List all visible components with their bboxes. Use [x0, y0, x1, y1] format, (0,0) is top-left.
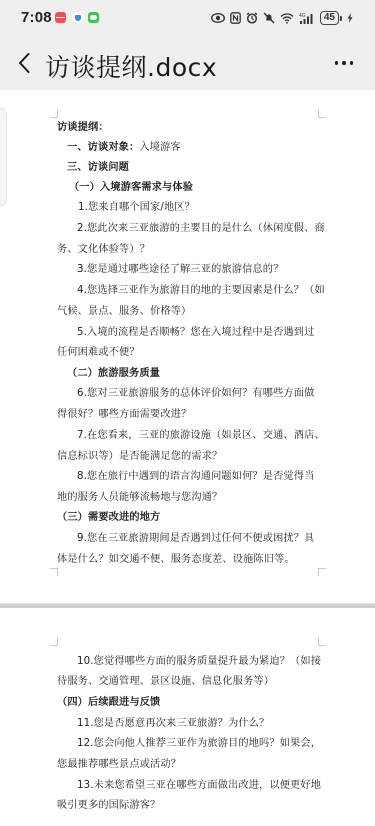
- doc-question-cont: 气候、景点、服务、价格等）: [57, 305, 191, 319]
- doc-question-cont: 务、文化体验等）？: [57, 243, 150, 257]
- status-bar: 7:08 4G 45: [0, 0, 375, 36]
- doc-question: 8.您在旅行中遇到的语言沟通问题如何？是否觉得当: [77, 470, 314, 484]
- doc-line-label: 一、访谈对象：: [67, 142, 139, 153]
- back-button[interactable]: [12, 49, 36, 77]
- doc-question-cont: 吸引更多的国际游客？: [57, 799, 160, 813]
- more-dot-icon: [350, 61, 354, 65]
- charging-icon: [347, 13, 353, 23]
- doc-subsection-heading: （三）需要改进的地方: [57, 511, 160, 525]
- app-notification-icon: [55, 12, 66, 23]
- status-time: 7:08: [21, 9, 52, 26]
- doc-section-heading: 三、访谈问题: [67, 161, 129, 175]
- doc-question-cont: 体是什么？如交通不便、服务态度差、设施陈旧等。: [57, 553, 295, 567]
- page-margin-mark: [50, 638, 58, 646]
- battery-tip: [340, 16, 342, 21]
- doc-question-cont: 得很好？哪些方面需要改进？: [57, 408, 191, 422]
- doc-question: 9.您在三亚旅游期间是否遇到过任何不便或困扰？具: [77, 532, 314, 546]
- doc-subsection-heading: （一）入境游客需求与体验: [69, 181, 193, 195]
- shield-app-icon: [72, 12, 84, 23]
- battery-indicator: 45: [320, 11, 339, 25]
- doc-question-cont: 任何困难或不便？: [57, 346, 140, 360]
- page-margin-mark: [50, 568, 58, 576]
- more-dot-icon: [335, 61, 339, 65]
- doc-question: 12.您会向他人推荐三亚作为旅游目的地吗？如果会，: [77, 737, 321, 751]
- wifi-icon: [280, 12, 294, 24]
- page-margin-mark: [318, 638, 326, 646]
- doc-question-cont: 您最推荐哪些景点或活动？: [57, 758, 181, 772]
- svg-text:4G: 4G: [299, 13, 306, 19]
- more-dot-icon: [342, 61, 346, 65]
- doc-question: 5.入境的流程是否顺畅？您在入境过程中是否遇到过: [77, 326, 314, 340]
- page-margin-mark: [318, 568, 326, 576]
- doc-question: 4.您选择三亚作为旅游目的地的主要因素是什么？（如: [77, 284, 325, 298]
- chevron-left-icon: [17, 52, 31, 74]
- document-page-2: 10.您觉得哪些方面的服务质量提升最为紧迫？（如接 待服务、交通管理、景区设施、…: [0, 608, 375, 826]
- app-header: 访谈提纲.docx: [0, 36, 375, 90]
- mute-icon: [263, 12, 275, 24]
- doc-subsection-heading: （二）旅游服务质量: [67, 367, 160, 381]
- doc-heading: 访谈提纲：: [57, 121, 109, 135]
- doc-question: 10.您觉得哪些方面的服务质量提升最为紧迫？（如接: [77, 655, 321, 669]
- doc-question: 1.您来自哪个国家/地区？: [78, 201, 195, 215]
- 4g-signal-icon: 4G: [299, 12, 315, 25]
- doc-question: 6.您对三亚旅游服务的总体评价如何？有哪些方面做: [77, 387, 314, 401]
- document-title: 访谈提纲.docx: [45, 48, 217, 84]
- wechat-icon: [88, 12, 99, 23]
- doc-question: 2.您此次来三亚旅游的主要目的是什么（休闲度假、商: [77, 222, 325, 236]
- doc-question-cont: 地的服务人员能够流畅地与您沟通？: [57, 491, 222, 505]
- system-icons: 4G 45: [211, 10, 353, 26]
- doc-question: 7.在您看来，三亚的旅游设施（如景区、交通、酒店、: [77, 429, 325, 443]
- doc-question: 11.您是否愿意再次来三亚旅游？为什么？: [77, 717, 269, 731]
- doc-question-cont: 待服务、交通管理、景区设施、信息化服务等）: [57, 675, 274, 689]
- document-page-1: 访谈提纲： 一、访谈对象：入境游客 三、访谈问题 （一）入境游客需求与体验 1.…: [0, 90, 375, 603]
- eye-icon: [211, 12, 225, 24]
- doc-question-cont: 信息标识等）是否能满足您的需求？: [57, 450, 222, 464]
- page-margin-mark: [50, 110, 58, 118]
- more-options-button[interactable]: [329, 51, 359, 75]
- side-drawer-handle[interactable]: [0, 107, 7, 207]
- doc-question: 13.未来您希望三亚在哪些方面做出改进，以便更好地: [77, 779, 321, 793]
- nfc-icon: [230, 12, 241, 24]
- doc-line: 一、访谈对象：入境游客: [67, 141, 181, 155]
- doc-question: 3.您是通过哪些途径了解三亚的旅游信息的？: [77, 263, 283, 277]
- page-margin-mark: [318, 110, 326, 118]
- document-viewer[interactable]: 访谈提纲： 一、访谈对象：入境游客 三、访谈问题 （一）入境游客需求与体验 1.…: [0, 90, 375, 826]
- doc-subsection-heading: （四）后续跟进与反馈: [57, 696, 160, 710]
- doc-line-value: 入境游客: [139, 142, 180, 153]
- alarm-icon: [246, 12, 258, 24]
